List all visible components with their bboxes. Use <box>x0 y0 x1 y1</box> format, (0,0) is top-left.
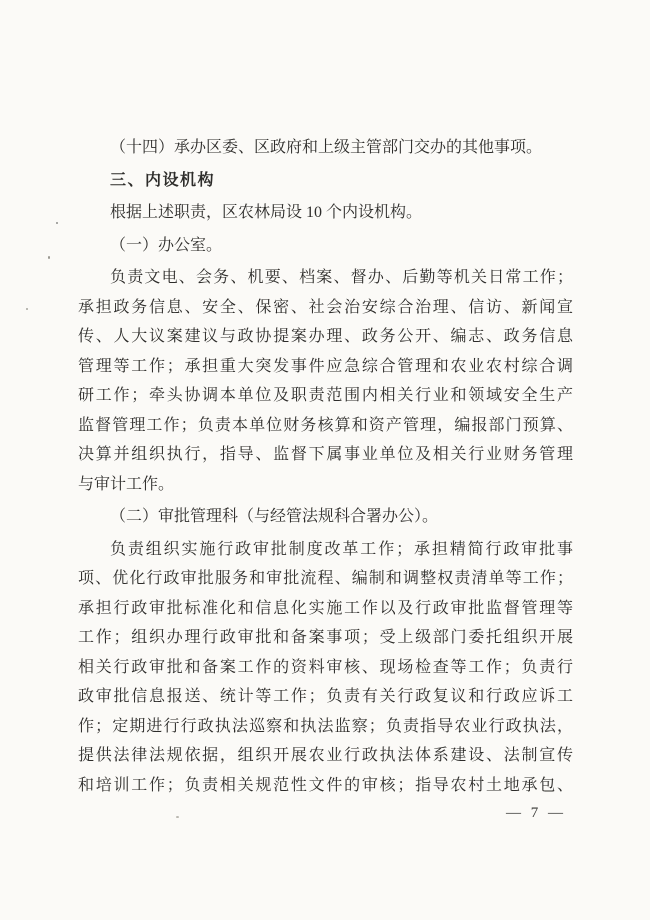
text-line: 政审批信息报送、统计等工作；负责有关行政复议和行政应诉工 <box>78 682 573 712</box>
scan-speck <box>176 816 179 818</box>
text-line: 根据上述职责，区农林局设 10 个内设机构。 <box>78 198 573 228</box>
document-page: （十四）承办区委、区政府和上级主管部门交办的其他事项。三、内设机构根据上述职责，… <box>0 0 650 920</box>
text-line: 研工作；牵头协调本单位及职责范围内相关行业和领域安全生产 <box>78 381 573 411</box>
scan-speck <box>26 308 28 310</box>
text-line: 提供法律法规依据，组织开展农业行政执法体系建设、法制宣传 <box>78 741 573 771</box>
text-line: （一）办公室。 <box>78 231 573 261</box>
section-heading: 三、内设机构 <box>78 166 573 196</box>
text-line: 相关行政审批和备案工作的资料审核、现场检查等工作；负责行 <box>78 653 573 683</box>
page-number: — 7 — <box>506 802 566 824</box>
text-line: 负责文电、会务、机要、档案、督办、后勤等机关日常工作； <box>78 263 573 293</box>
text-line: （十四）承办区委、区政府和上级主管部门交办的其他事项。 <box>78 133 573 163</box>
text-line: 工作；组织办理行政审批和备案事项；受上级部门委托组织开展 <box>78 623 573 653</box>
text-line: 决算并组织执行，指导、监督下属事业单位及相关行业财务管理 <box>78 440 573 470</box>
text-line: 项、优化行政审批服务和审批流程、编制和调整权责清单等工作； <box>78 564 573 594</box>
document-body: （十四）承办区委、区政府和上级主管部门交办的其他事项。三、内设机构根据上述职责，… <box>78 133 573 800</box>
scan-speck <box>56 222 58 224</box>
text-line: 管理等工作；承担重大突发事件应急综合管理和农业农村综合调 <box>78 352 573 382</box>
text-line: 传、人大议案建议与政协提案办理、政务公开、编志、政务信息 <box>78 322 573 352</box>
text-line: 作；定期进行行政执法巡察和执法监察；负责指导农业行政执法， <box>78 712 573 742</box>
text-line: 负责组织实施行政审批制度改革工作；承担精简行政审批事 <box>78 535 573 565</box>
text-line: 承担政务信息、安全、保密、社会治安综合治理、信访、新闻宣 <box>78 293 573 323</box>
text-line: 监督管理工作；负责本单位财务核算和资产管理，编报部门预算、 <box>78 411 573 441</box>
text-line: 承担行政审批标准化和信息化实施工作以及行政审批监督管理等 <box>78 594 573 624</box>
text-line: 与审计工作。 <box>78 470 573 500</box>
text-line: （二）审批管理科（与经管法规科合署办公）。 <box>78 502 573 532</box>
text-line: 和培训工作；负责相关规范性文件的审核；指导农村土地承包、 <box>78 771 573 801</box>
scan-speck <box>48 256 50 259</box>
